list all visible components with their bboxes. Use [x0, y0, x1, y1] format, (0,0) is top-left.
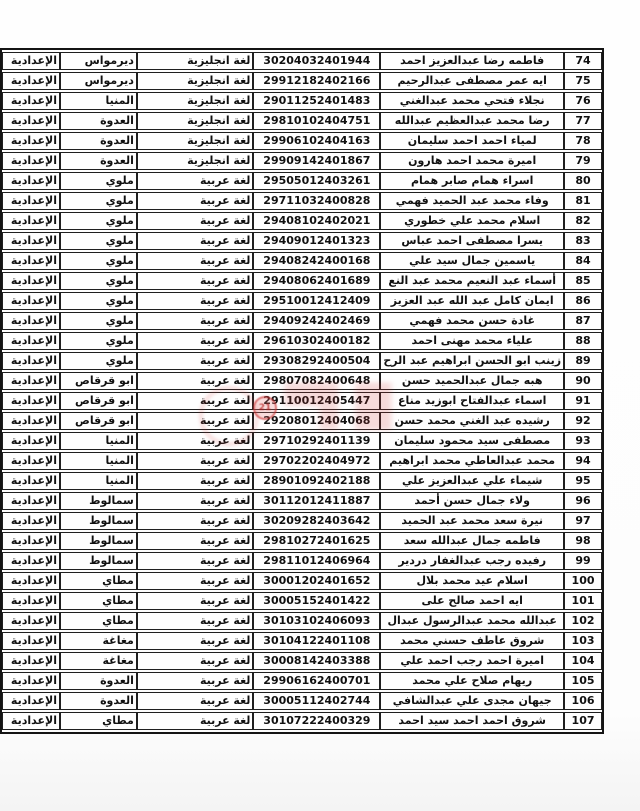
- cell-subject: لغة انجليزية: [137, 132, 254, 150]
- cell-stage: الإعدادية: [2, 112, 60, 130]
- cell-row-number: 95: [564, 472, 602, 490]
- cell-district: مغاغة: [60, 652, 137, 670]
- table-row: 95 شيماء علي عبدالعزيز علي 2890109240218…: [2, 472, 602, 490]
- table-row: 96 ولاء جمال حسن أحمد 30112012411887 لغة…: [2, 492, 602, 510]
- cell-name: غادة حسن محمد فهمي: [380, 312, 564, 330]
- cell-name: رفيده رجب عبدالغفار دردير: [380, 552, 564, 570]
- results-table-body: 74 فاطمه رضا عبدالعزيز احمد 302040324019…: [2, 52, 602, 730]
- cell-name: لمياء احمد احمد سليمان: [380, 132, 564, 150]
- cell-district: ملوي: [60, 212, 137, 230]
- table-row: 84 ياسمين جمال سيد علي 29408242400168 لغ…: [2, 252, 602, 270]
- cell-name: فاطمه جمال عبدالله سعد: [380, 532, 564, 550]
- cell-national-id: 30107222400329: [253, 712, 380, 730]
- table-row: 74 فاطمه رضا عبدالعزيز احمد 302040324019…: [2, 52, 602, 70]
- cell-district: مطاي: [60, 612, 137, 630]
- cell-row-number: 77: [564, 112, 602, 130]
- cell-district: المنيا: [60, 452, 137, 470]
- cell-subject: لغة عربية: [137, 652, 254, 670]
- cell-name: نجلاء فتحي محمد عبدالغني: [380, 92, 564, 110]
- cell-stage: الإعدادية: [2, 352, 60, 370]
- table-row: 75 ايه عمر مصطفى عبدالرحيم 2991218240216…: [2, 72, 602, 90]
- cell-national-id: 29610302400182: [253, 332, 380, 350]
- cell-stage: الإعدادية: [2, 432, 60, 450]
- cell-stage: الإعدادية: [2, 532, 60, 550]
- cell-stage: الإعدادية: [2, 632, 60, 650]
- table-row: 80 اسراء همام صابر همام 29505012403261 ل…: [2, 172, 602, 190]
- cell-district: مطاي: [60, 712, 137, 730]
- table-row: 107 شروق احمد احمد سيد احمد 301072224003…: [2, 712, 602, 730]
- cell-row-number: 93: [564, 432, 602, 450]
- cell-name: محمد عبدالعاطي محمد ابراهيم: [380, 452, 564, 470]
- cell-stage: الإعدادية: [2, 92, 60, 110]
- cell-district: ملوي: [60, 292, 137, 310]
- cell-row-number: 90: [564, 372, 602, 390]
- cell-stage: الإعدادية: [2, 592, 60, 610]
- cell-row-number: 82: [564, 212, 602, 230]
- cell-subject: لغة عربية: [137, 252, 254, 270]
- cell-district: العدوة: [60, 692, 137, 710]
- table-row: 85 أسماء عبد النعيم محمد عبد النع 294080…: [2, 272, 602, 290]
- cell-district: ملوي: [60, 312, 137, 330]
- cell-name: ولاء جمال حسن أحمد: [380, 492, 564, 510]
- cell-stage: الإعدادية: [2, 52, 60, 70]
- table-row: 77 رضا محمد عبدالعظيم عبدالله 2981010240…: [2, 112, 602, 130]
- cell-stage: الإعدادية: [2, 272, 60, 290]
- cell-stage: الإعدادية: [2, 572, 60, 590]
- cell-national-id: 29810272401625: [253, 532, 380, 550]
- cell-national-id: 29208012404068: [253, 412, 380, 430]
- cell-national-id: 29408242400168: [253, 252, 380, 270]
- cell-subject: لغة عربية: [137, 392, 254, 410]
- cell-national-id: 29505012403261: [253, 172, 380, 190]
- table-row: 82 اسلام محمد علي خطوري 29408102402021 ل…: [2, 212, 602, 230]
- cell-national-id: 29807082400648: [253, 372, 380, 390]
- cell-name: ريهام صلاح علي محمد: [380, 672, 564, 690]
- table-row: 99 رفيده رجب عبدالغفار دردير 29811012406…: [2, 552, 602, 570]
- cell-stage: الإعدادية: [2, 372, 60, 390]
- table-row: 81 وفاء محمد عبد الحميد فهمي 29711032400…: [2, 192, 602, 210]
- cell-district: ملوي: [60, 352, 137, 370]
- cell-national-id: 30008142403388: [253, 652, 380, 670]
- cell-district: المنيا: [60, 432, 137, 450]
- cell-row-number: 102: [564, 612, 602, 630]
- table-row: 86 ايمان كامل عبد الله عبد العزيز 295100…: [2, 292, 602, 310]
- cell-national-id: 29110012405447: [253, 392, 380, 410]
- cell-name: اميرة احمد رجب احمد علي: [380, 652, 564, 670]
- cell-stage: الإعدادية: [2, 552, 60, 570]
- cell-name: ايه عمر مصطفى عبدالرحيم: [380, 72, 564, 90]
- cell-row-number: 74: [564, 52, 602, 70]
- cell-name: أسماء عبد النعيم محمد عبد النع: [380, 272, 564, 290]
- table-row: 102 عبدالله محمد عبدالرسول عبدال 3010310…: [2, 612, 602, 630]
- cell-row-number: 104: [564, 652, 602, 670]
- cell-district: ملوي: [60, 172, 137, 190]
- cell-name: شيماء علي عبدالعزيز علي: [380, 472, 564, 490]
- table-row: 87 غادة حسن محمد فهمي 29409242402469 لغة…: [2, 312, 602, 330]
- cell-national-id: 29011252401483: [253, 92, 380, 110]
- cell-row-number: 80: [564, 172, 602, 190]
- cell-district: ديرمواس: [60, 52, 137, 70]
- cell-stage: الإعدادية: [2, 612, 60, 630]
- cell-subject: لغة عربية: [137, 492, 254, 510]
- table-row: 93 مصطفى سيد محمود سليمان 29710292401139…: [2, 432, 602, 450]
- table-row: 83 يسرا مصطفى احمد عباس 29409012401323 ل…: [2, 232, 602, 250]
- cell-district: سمالوط: [60, 492, 137, 510]
- cell-row-number: 101: [564, 592, 602, 610]
- cell-subject: لغة عربية: [137, 172, 254, 190]
- cell-national-id: 30005152401422: [253, 592, 380, 610]
- cell-district: مغاغة: [60, 632, 137, 650]
- cell-row-number: 79: [564, 152, 602, 170]
- cell-row-number: 81: [564, 192, 602, 210]
- cell-district: مطاي: [60, 592, 137, 610]
- cell-district: ابو قرقاص: [60, 392, 137, 410]
- cell-subject: لغة عربية: [137, 552, 254, 570]
- cell-row-number: 96: [564, 492, 602, 510]
- cell-stage: الإعدادية: [2, 332, 60, 350]
- cell-name: رشيده عبد الغني محمد حسن: [380, 412, 564, 430]
- cell-name: علياء محمد مهنى احمد: [380, 332, 564, 350]
- cell-district: العدوة: [60, 132, 137, 150]
- cell-subject: لغة عربية: [137, 592, 254, 610]
- cell-row-number: 106: [564, 692, 602, 710]
- cell-stage: الإعدادية: [2, 72, 60, 90]
- cell-national-id: 29810102404751: [253, 112, 380, 130]
- cell-subject: لغة عربية: [137, 432, 254, 450]
- table-row: 100 اسلام عيد محمد بلال 30001202401652 ل…: [2, 572, 602, 590]
- cell-national-id: 29906102404163: [253, 132, 380, 150]
- cell-name: ايمان كامل عبد الله عبد العزيز: [380, 292, 564, 310]
- table-row: 106 جيهان مجدى علي عبدالشافي 30005112402…: [2, 692, 602, 710]
- cell-stage: الإعدادية: [2, 252, 60, 270]
- cell-row-number: 97: [564, 512, 602, 530]
- cell-district: سمالوط: [60, 532, 137, 550]
- cell-district: ملوي: [60, 332, 137, 350]
- cell-subject: لغة عربية: [137, 232, 254, 250]
- cell-stage: الإعدادية: [2, 472, 60, 490]
- cell-stage: الإعدادية: [2, 412, 60, 430]
- cell-subject: لغة عربية: [137, 352, 254, 370]
- cell-district: المنيا: [60, 92, 137, 110]
- cell-name: اسماء عبدالفتاح ابوزيد مناع: [380, 392, 564, 410]
- cell-subject: لغة عربية: [137, 192, 254, 210]
- cell-subject: لغة عربية: [137, 452, 254, 470]
- cell-name: نيرة سعد محمد عبد الحميد: [380, 512, 564, 530]
- cell-row-number: 83: [564, 232, 602, 250]
- cell-district: سمالوط: [60, 552, 137, 570]
- cell-subject: لغة عربية: [137, 212, 254, 230]
- cell-subject: لغة عربية: [137, 712, 254, 730]
- cell-stage: الإعدادية: [2, 512, 60, 530]
- cell-row-number: 107: [564, 712, 602, 730]
- cell-row-number: 99: [564, 552, 602, 570]
- cell-name: جيهان مجدى علي عبدالشافي: [380, 692, 564, 710]
- cell-subject: لغة عربية: [137, 472, 254, 490]
- cell-stage: الإعدادية: [2, 312, 60, 330]
- cell-subject: لغة انجليزية: [137, 92, 254, 110]
- cell-row-number: 98: [564, 532, 602, 550]
- cell-national-id: 30209282403642: [253, 512, 380, 530]
- cell-subject: لغة عربية: [137, 512, 254, 530]
- cell-district: ملوي: [60, 252, 137, 270]
- cell-national-id: 29308292400504: [253, 352, 380, 370]
- cell-subject: لغة عربية: [137, 572, 254, 590]
- cell-national-id: 29510012412409: [253, 292, 380, 310]
- cell-national-id: 29909142401867: [253, 152, 380, 170]
- cell-national-id: 29408102402021: [253, 212, 380, 230]
- table-row: 89 زينب ابو الحسن ابراهيم عبد الرح 29308…: [2, 352, 602, 370]
- cell-subject: لغة عربية: [137, 672, 254, 690]
- cell-subject: لغة عربية: [137, 692, 254, 710]
- table-row: 88 علياء محمد مهنى احمد 29610302400182 ل…: [2, 332, 602, 350]
- cell-district: ابو قرقاص: [60, 372, 137, 390]
- cell-name: رضا محمد عبدالعظيم عبدالله: [380, 112, 564, 130]
- cell-subject: لغة انجليزية: [137, 112, 254, 130]
- cell-national-id: 29408062401689: [253, 272, 380, 290]
- cell-name: يسرا مصطفى احمد عباس: [380, 232, 564, 250]
- cell-row-number: 85: [564, 272, 602, 290]
- cell-stage: الإعدادية: [2, 132, 60, 150]
- cell-stage: الإعدادية: [2, 712, 60, 730]
- table-row: 104 اميرة احمد رجب احمد علي 300081424033…: [2, 652, 602, 670]
- cell-district: سمالوط: [60, 512, 137, 530]
- cell-national-id: 30001202401652: [253, 572, 380, 590]
- cell-district: العدوة: [60, 672, 137, 690]
- cell-subject: لغة انجليزية: [137, 52, 254, 70]
- cell-stage: الإعدادية: [2, 212, 60, 230]
- table-row: 79 اميرة محمد احمد هارون 29909142401867 …: [2, 152, 602, 170]
- cell-subject: لغة عربية: [137, 372, 254, 390]
- table-row: 92 رشيده عبد الغني محمد حسن 292080124040…: [2, 412, 602, 430]
- cell-name: زينب ابو الحسن ابراهيم عبد الرح: [380, 352, 564, 370]
- cell-stage: الإعدادية: [2, 192, 60, 210]
- cell-row-number: 78: [564, 132, 602, 150]
- cell-stage: الإعدادية: [2, 652, 60, 670]
- cell-row-number: 94: [564, 452, 602, 470]
- cell-stage: الإعدادية: [2, 172, 60, 190]
- cell-row-number: 76: [564, 92, 602, 110]
- table-row: 103 شروق عاطف حسني محمد 30104122401108 ل…: [2, 632, 602, 650]
- table-row: 101 ايه احمد صالح على 30005152401422 لغة…: [2, 592, 602, 610]
- cell-national-id: 29710292401139: [253, 432, 380, 450]
- cell-district: ملوي: [60, 272, 137, 290]
- cell-national-id: 30104122401108: [253, 632, 380, 650]
- cell-stage: الإعدادية: [2, 152, 60, 170]
- cell-name: اسراء همام صابر همام: [380, 172, 564, 190]
- cell-row-number: 91: [564, 392, 602, 410]
- cell-subject: لغة عربية: [137, 332, 254, 350]
- cell-district: ملوي: [60, 232, 137, 250]
- cell-stage: الإعدادية: [2, 692, 60, 710]
- cell-national-id: 30112012411887: [253, 492, 380, 510]
- cell-name: هبه جمال عبدالحميد حسن: [380, 372, 564, 390]
- cell-name: وفاء محمد عبد الحميد فهمي: [380, 192, 564, 210]
- cell-national-id: 30005112402744: [253, 692, 380, 710]
- cell-national-id: 29702202404972: [253, 452, 380, 470]
- cell-stage: الإعدادية: [2, 452, 60, 470]
- cell-name: عبدالله محمد عبدالرسول عبدال: [380, 612, 564, 630]
- cell-name: اميرة محمد احمد هارون: [380, 152, 564, 170]
- cell-row-number: 89: [564, 352, 602, 370]
- results-table: 74 فاطمه رضا عبدالعزيز احمد 302040324019…: [0, 48, 604, 734]
- cell-subject: لغة انجليزية: [137, 72, 254, 90]
- cell-stage: الإعدادية: [2, 292, 60, 310]
- cell-row-number: 86: [564, 292, 602, 310]
- cell-stage: الإعدادية: [2, 392, 60, 410]
- cell-name: ياسمين جمال سيد علي: [380, 252, 564, 270]
- table-row: 76 نجلاء فتحي محمد عبدالغني 290112524014…: [2, 92, 602, 110]
- cell-district: ملوي: [60, 192, 137, 210]
- cell-row-number: 105: [564, 672, 602, 690]
- cell-row-number: 87: [564, 312, 602, 330]
- table-row: 90 هبه جمال عبدالحميد حسن 29807082400648…: [2, 372, 602, 390]
- table-row: 105 ريهام صلاح علي محمد 29906162400701 ل…: [2, 672, 602, 690]
- cell-national-id: 29906162400701: [253, 672, 380, 690]
- cell-subject: لغة انجليزية: [137, 152, 254, 170]
- cell-row-number: 100: [564, 572, 602, 590]
- cell-national-id: 29711032400828: [253, 192, 380, 210]
- cell-district: مطاي: [60, 572, 137, 590]
- cell-name: اسلام عيد محمد بلال: [380, 572, 564, 590]
- cell-national-id: 29912182402166: [253, 72, 380, 90]
- cell-name: فاطمه رضا عبدالعزيز احمد: [380, 52, 564, 70]
- cell-row-number: 88: [564, 332, 602, 350]
- scanned-results-page: 74 فاطمه رضا عبدالعزيز احمد 302040324019…: [0, 0, 640, 811]
- cell-name: شروق احمد احمد سيد احمد: [380, 712, 564, 730]
- cell-stage: الإعدادية: [2, 492, 60, 510]
- cell-national-id: 28901092402188: [253, 472, 380, 490]
- cell-name: شروق عاطف حسني محمد: [380, 632, 564, 650]
- cell-district: العدوة: [60, 112, 137, 130]
- cell-national-id: 29409012401323: [253, 232, 380, 250]
- cell-subject: لغة عربية: [137, 272, 254, 290]
- cell-national-id: 29811012406964: [253, 552, 380, 570]
- cell-stage: الإعدادية: [2, 232, 60, 250]
- cell-district: المنيا: [60, 472, 137, 490]
- cell-subject: لغة عربية: [137, 632, 254, 650]
- cell-name: ايه احمد صالح على: [380, 592, 564, 610]
- cell-subject: لغة عربية: [137, 292, 254, 310]
- cell-row-number: 103: [564, 632, 602, 650]
- cell-district: ابو قرقاص: [60, 412, 137, 430]
- table-row: 94 محمد عبدالعاطي محمد ابراهيم 297022024…: [2, 452, 602, 470]
- cell-district: ديرمواس: [60, 72, 137, 90]
- cell-subject: لغة عربية: [137, 412, 254, 430]
- cell-row-number: 92: [564, 412, 602, 430]
- cell-national-id: 30204032401944: [253, 52, 380, 70]
- table-row: 97 نيرة سعد محمد عبد الحميد 302092824036…: [2, 512, 602, 530]
- cell-national-id: 29409242402469: [253, 312, 380, 330]
- table-row: 78 لمياء احمد احمد سليمان 29906102404163…: [2, 132, 602, 150]
- cell-subject: لغة عربية: [137, 612, 254, 630]
- cell-stage: الإعدادية: [2, 672, 60, 690]
- cell-national-id: 30103102406093: [253, 612, 380, 630]
- cell-row-number: 84: [564, 252, 602, 270]
- cell-district: العدوة: [60, 152, 137, 170]
- cell-name: مصطفى سيد محمود سليمان: [380, 432, 564, 450]
- cell-name: اسلام محمد علي خطوري: [380, 212, 564, 230]
- table-row: 98 فاطمه جمال عبدالله سعد 29810272401625…: [2, 532, 602, 550]
- cell-subject: لغة عربية: [137, 532, 254, 550]
- table-row: 91 اسماء عبدالفتاح ابوزيد مناع 291100124…: [2, 392, 602, 410]
- cell-subject: لغة عربية: [137, 312, 254, 330]
- cell-row-number: 75: [564, 72, 602, 90]
